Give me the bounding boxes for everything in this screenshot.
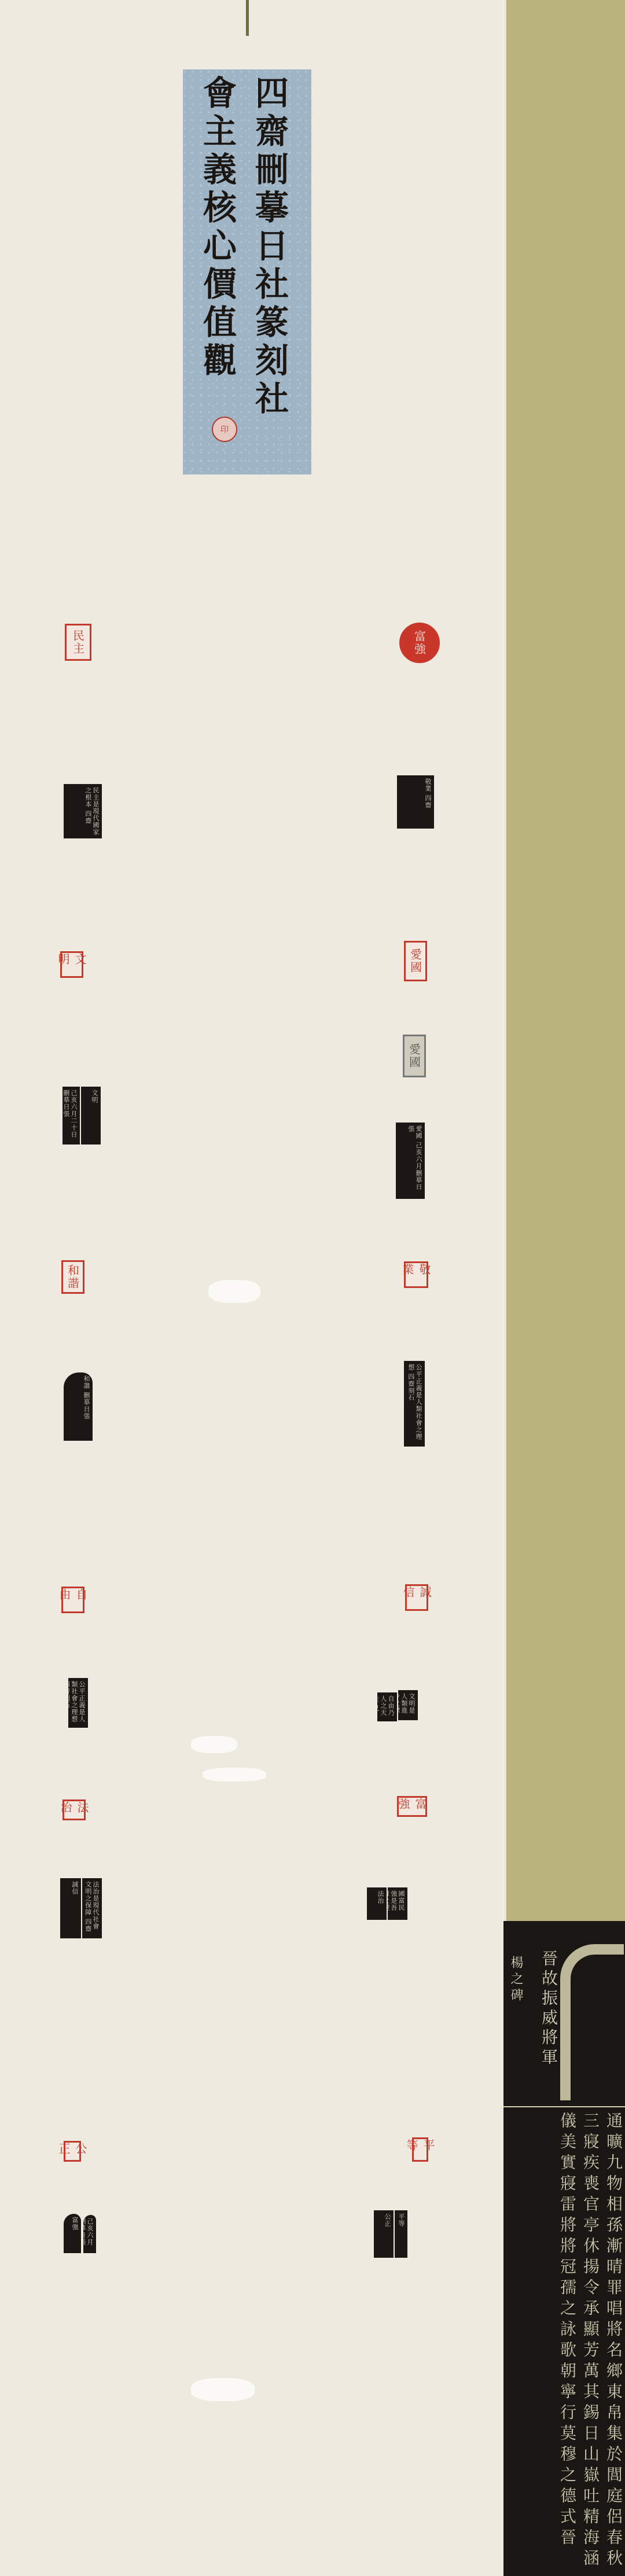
side-inscription-rubbing: 己亥六月二十日刪摹日張: [62, 1087, 80, 1145]
seal-impression: 自由: [61, 1587, 84, 1613]
side-inscription-rubbing: 文明: [81, 1087, 101, 1145]
seal-impression: 敬業: [404, 1261, 428, 1288]
paper-blemish: [208, 1280, 260, 1303]
title-right-column: 四齋刪摹日社篆刻社: [252, 75, 286, 419]
seal-impression: 文明: [60, 951, 83, 978]
side-inscription-rubbing: 富強: [64, 2214, 81, 2253]
seal-impression: 富強: [397, 1796, 427, 1817]
side-inscription-rubbing: 平等: [395, 2210, 407, 2258]
side-inscription-rubbing: 民主是現代國家之根本 四齋: [64, 784, 102, 838]
side-inscription-rubbing: 文明是人類進步之標誌 刪摹日張: [398, 1690, 418, 1720]
side-inscription-rubbing: 己亥六月刪摹日張 四齋: [83, 2215, 96, 2253]
stele-head: 晉故振威將軍 楊之碑: [503, 1921, 625, 2107]
title-seal: 印: [212, 417, 237, 442]
seal-impression: 誠信: [405, 1584, 428, 1611]
seal-impression: 民主: [65, 624, 91, 661]
stele-body-text: 通曠九物相孫漸晴罪唱將名鄉東帛集於閭庭侶春秋三寢疾喪官亭休揚令承顯芳萬其錫日山嶽…: [507, 2112, 625, 2575]
title-left-column: 會主義核心價值觀: [200, 75, 234, 381]
seal-impression: 愛國: [404, 941, 427, 981]
side-inscription-rubbing: 國富民強是吾輩之理想 四齋: [388, 1887, 407, 1920]
side-inscription-rubbing: 公平正義是人類社會之理想 四齋刻石: [68, 1678, 88, 1728]
seal-impression: 和諧: [61, 1260, 84, 1294]
paper-blemish: [203, 1768, 266, 1782]
side-inscription-rubbing: 法治: [367, 1887, 387, 1920]
side-inscription-rubbing: 法治是現代社會文明之保障 四齋: [82, 1878, 102, 1938]
title-panel: 四齋刪摹日社篆刻社 會主義核心價值觀 印: [183, 69, 311, 474]
stele-head-title: 晉故振威將軍: [537, 1950, 560, 2068]
paper-blemish: [191, 2378, 255, 2401]
paper-blemish: [191, 1736, 237, 1753]
seal-impression: 法治: [62, 1799, 86, 1820]
stele-rubbing: 晉故振威將軍 楊之碑 通曠九物相孫漸晴罪唱將名鄉東帛集於閭庭侶春秋三寢疾喪官亭休…: [503, 1921, 625, 2576]
side-inscription-rubbing: 公正: [374, 2210, 394, 2258]
side-inscription-rubbing: 誠信: [60, 1878, 81, 1938]
stele-head-side: 楊之碑: [507, 1956, 525, 2004]
side-inscription-rubbing: 和諧 刪摹日張: [64, 1372, 93, 1441]
hanging-cord: [246, 0, 249, 36]
seal-impression-round: 富強: [399, 623, 440, 663]
seal-impression-gray: 愛國: [403, 1035, 426, 1077]
stele-arch: [560, 1944, 624, 2100]
seal-impression: 平等: [412, 2137, 428, 2162]
side-inscription-rubbing: 自由乃人之天性 己亥四齋: [377, 1692, 397, 1721]
side-inscription-rubbing: 敬業 四齋: [397, 775, 434, 829]
side-inscription-rubbing: 公平正義是人類社會之理想 四齋刻石: [404, 1361, 425, 1447]
seal-impression: 公正: [64, 2141, 81, 2162]
side-inscription-rubbing: 愛國 己亥六月刪摹日張: [396, 1123, 425, 1199]
